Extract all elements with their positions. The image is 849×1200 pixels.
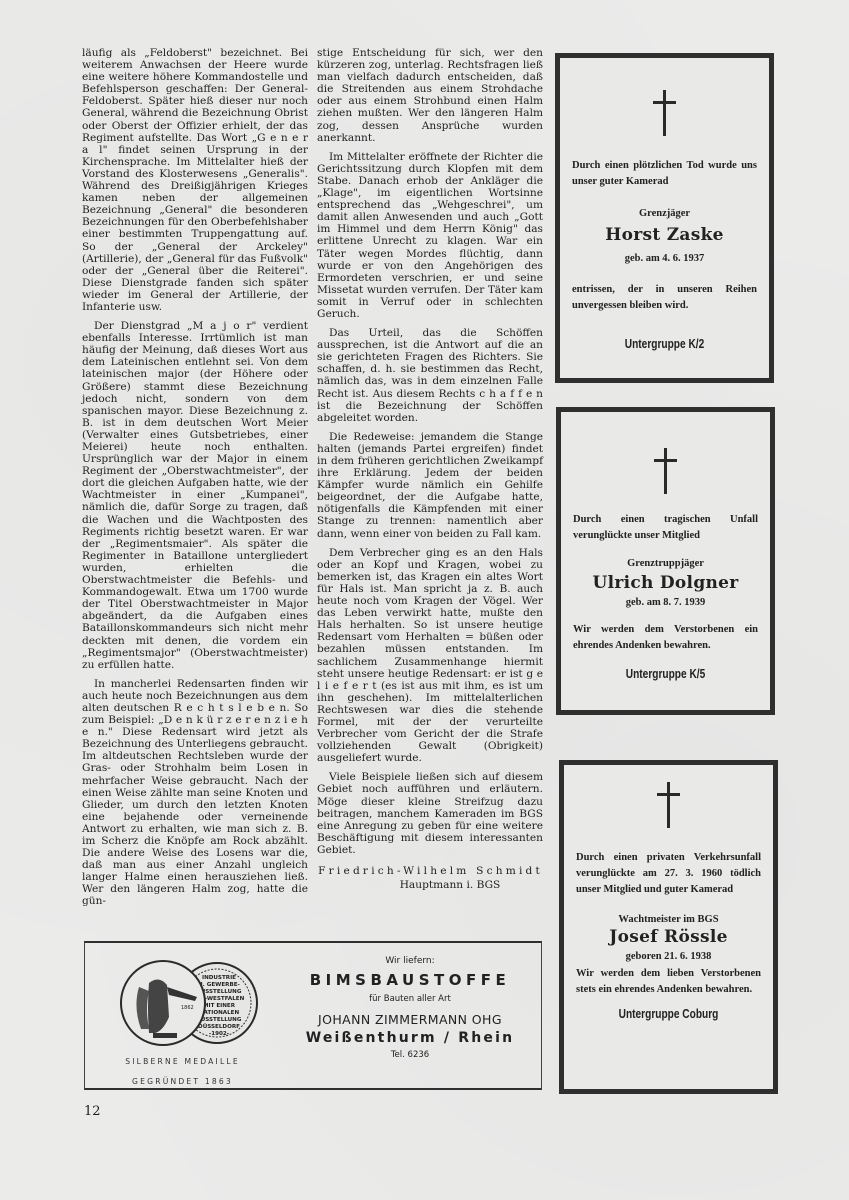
author-signature: Friedrich-Wilhelm Schmidt Hauptmann i. B… xyxy=(317,864,543,892)
medal-icon: INDUSTRIE U. GEWERBE- AUSSTELLUNG RH.-WE… xyxy=(119,957,259,1049)
obituary-unit: Untergruppe K/5 xyxy=(584,666,747,681)
obituary-birthdate: geb. am 4. 6. 1937 xyxy=(560,253,769,264)
article-paragraph: läufig als „Feldoberst" bezeichnet. Bei … xyxy=(82,47,308,313)
advertisement-text: Wir liefern: BIMSBAUSTOFFE für Bauten al… xyxy=(280,943,540,1060)
product-subline: für Bauten aller Art xyxy=(280,994,540,1004)
company-name: JOHANN ZIMMERMANN OHG xyxy=(280,1012,540,1027)
article-paragraph: stige Entscheidung für sich, wer den kür… xyxy=(317,47,543,144)
obituary-closing: Wir werden dem lieben Verstorbenen stets… xyxy=(564,966,773,998)
obituary-name: Horst Zaske xyxy=(560,225,769,245)
obituary-unit: Untergruppe K/2 xyxy=(583,336,746,351)
page-number: 12 xyxy=(84,1104,101,1119)
obituary-birthdate: geb. am 8. 7. 1939 xyxy=(561,597,770,608)
author-name: Friedrich-Wilhelm Schmidt xyxy=(317,864,543,878)
cross-icon xyxy=(653,90,677,136)
company-location: Weißenthurm / Rhein xyxy=(280,1030,540,1046)
obituary-birthdate: geboren 21. 6. 1938 xyxy=(564,951,773,962)
obituary-notice: Durch einen privaten Verkehrsunfall veru… xyxy=(559,760,778,1094)
cross-icon xyxy=(654,448,678,494)
svg-text:MIT EINER: MIT EINER xyxy=(203,1003,236,1009)
obituary-name: Ulrich Dolgner xyxy=(561,573,770,593)
svg-text:-1902-: -1902- xyxy=(209,1031,230,1037)
author-rank: Hauptmann i. BGS xyxy=(317,878,543,892)
svg-text:DÜSSELDORF: DÜSSELDORF xyxy=(198,1023,240,1030)
svg-text:1862: 1862 xyxy=(181,1005,194,1011)
article-paragraph: In mancherlei Redensarten finden wir auc… xyxy=(82,678,308,908)
obituary-closing: Wir werden dem Verstorbenen ein ehrendes… xyxy=(561,622,770,654)
obituary-intro: Durch einen plötzlichen Tod wurde uns un… xyxy=(560,158,769,190)
obituary-rank: Grenztruppjäger xyxy=(561,558,770,569)
obituary-notice: Durch einen plötzlichen Tod wurde uns un… xyxy=(555,53,774,383)
company-phone: Tel. 6236 xyxy=(280,1050,540,1060)
article-paragraph: Im Mittelalter eröffnete der Richter die… xyxy=(317,151,543,320)
obituary-intro: Durch einen privaten Verkehrsunfall veru… xyxy=(564,850,773,898)
obituary-unit: Untergruppe Coburg xyxy=(587,1006,750,1021)
founded-line: GEGRÜNDET 1863 xyxy=(85,1077,280,1086)
article-column-2: stige Entscheidung für sich, wer den kür… xyxy=(317,47,543,892)
obituary-closing: entrissen, der in unseren Reihen unverge… xyxy=(560,282,769,314)
supply-line: Wir liefern: xyxy=(280,956,540,966)
article-paragraph: Das Urteil, das die Schöffen aussprechen… xyxy=(317,327,543,424)
article-paragraph: Der Dienstgrad „M a j o r" verdient eben… xyxy=(82,320,308,671)
obituary-name: Josef Rössle xyxy=(564,927,773,947)
article-paragraph: Viele Beispiele ließen sich auf diesem G… xyxy=(317,771,543,856)
product-heading: BIMSBAUSTOFFE xyxy=(280,971,540,989)
svg-text:INDUSTRIE: INDUSTRIE xyxy=(202,975,236,981)
advertisement-box: INDUSTRIE U. GEWERBE- AUSSTELLUNG RH.-WE… xyxy=(84,941,542,1090)
cross-icon xyxy=(657,782,681,828)
svg-text:AUSSTELLUNG: AUSSTELLUNG xyxy=(197,1017,242,1023)
article-paragraph: Die Redeweise: jemandem die Stange halte… xyxy=(317,431,543,540)
obituary-rank: Grenzjäger xyxy=(560,208,769,219)
article-column-1: läufig als „Feldoberst" bezeichnet. Bei … xyxy=(82,47,308,915)
medal-caption: SILBERNE MEDAILLE xyxy=(85,1057,280,1066)
article-paragraph: Dem Verbrecher ging es an den Hals oder … xyxy=(317,547,543,765)
medal-area: INDUSTRIE U. GEWERBE- AUSSTELLUNG RH.-WE… xyxy=(85,943,275,1088)
obituary-notice: Durch einen tragischen Unfall verunglück… xyxy=(556,407,775,715)
obituary-intro: Durch einen tragischen Unfall verunglück… xyxy=(561,512,770,544)
svg-text:U. GEWERBE-: U. GEWERBE- xyxy=(198,982,240,988)
obituary-rank: Wachtmeister im BGS xyxy=(564,914,773,925)
